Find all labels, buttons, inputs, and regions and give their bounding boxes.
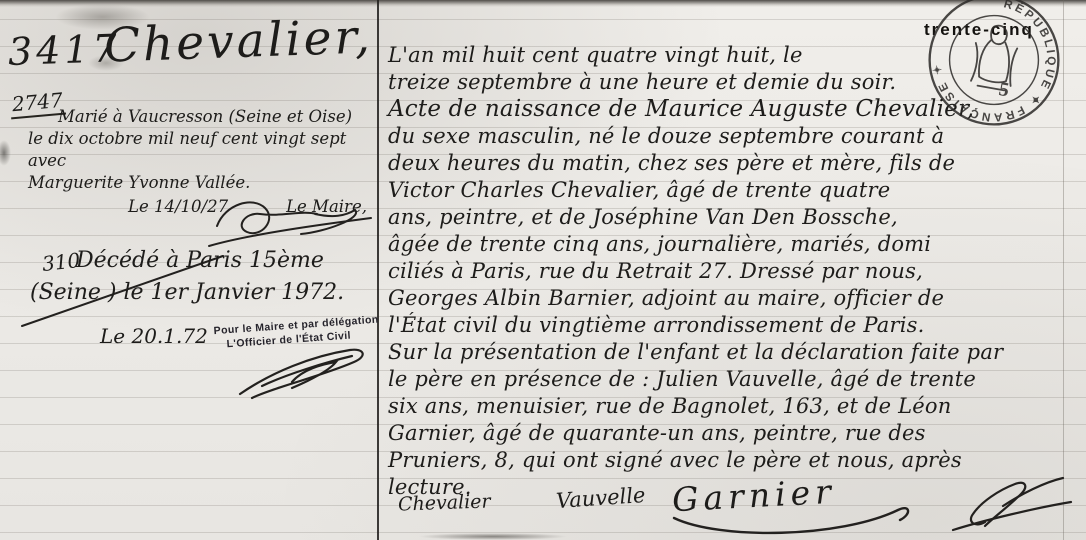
- act-line: du sexe masculin, né le douze septembre …: [388, 123, 1080, 150]
- act-line: Victor Charles Chevalier, âgé de trente …: [388, 177, 1080, 204]
- mayor-title: Le Maire,: [286, 196, 367, 218]
- stamp-figure-icon: [969, 22, 1021, 91]
- marriage-note-line-2: le dix octobre mil neuf cent vingt sept …: [28, 128, 380, 172]
- signature-witness-2: Garnier: [671, 472, 837, 520]
- marriage-note-line-3: Marguerite Yvonne Vallée.: [28, 172, 380, 194]
- officer-signature: [232, 342, 377, 404]
- death-note-line-1: Décédé à Paris 15ème: [76, 248, 324, 273]
- act-line: six ans, menuisier, rue de Bagnolet, 163…: [388, 393, 1080, 420]
- act-surname: Chevalier,: [103, 9, 374, 73]
- act-line: deux heures du matin, chez ses père et m…: [388, 150, 1080, 177]
- signature-father: Chevalier: [398, 490, 491, 515]
- act-line: l'État civil du vingtième arrondissement…: [388, 312, 1080, 339]
- signature-witness-1: Vauvelle: [555, 483, 646, 513]
- margin-rule: [377, 0, 379, 540]
- paper-smudge: [0, 140, 11, 166]
- marriage-note-date: Le 14/10/27: [128, 196, 228, 218]
- page-scan: 3417 Chevalier, 2747 Marié à Vaucresson …: [0, 0, 1086, 540]
- death-note-date: Le 20.1.72: [100, 324, 208, 348]
- act-line: Garnier, âgé de quarante-un ans, peintre…: [388, 420, 1080, 447]
- act-line: le père en présence de : Julien Vauvelle…: [388, 366, 1080, 393]
- marriage-note-line-1: Marié à Vaucresson (Seine et Oise): [28, 106, 380, 128]
- bottom-edge-smudge: [418, 533, 568, 540]
- delegation-stamp: Pour le Maire et par délégation L'Offici…: [213, 312, 390, 352]
- act-line: Sur la présentation de l'enfant et la dé…: [388, 339, 1080, 366]
- act-line: Pruniers, 8, qui ont signé avec le père …: [388, 447, 1080, 474]
- act-line: Georges Albin Barnier, adjoint au maire,…: [388, 285, 1080, 312]
- act-line: ans, peintre, et de Joséphine Van Den Bo…: [388, 204, 1080, 231]
- death-note-line-2: (Seine ) le 1er Janvier 1972.: [30, 280, 344, 305]
- act-line: âgée de trente cinq ans, journalière, ma…: [388, 231, 1080, 258]
- act-line: ciliés à Paris, rue du Retrait 27. Dress…: [388, 258, 1080, 285]
- marriage-note: Marié à Vaucresson (Seine et Oise) le di…: [28, 106, 380, 218]
- revenue-stamp: RÉPUBLIQUE ✦ FRANÇAISE ✦ 5: [915, 0, 1073, 139]
- top-edge-shadow: [0, 0, 1086, 7]
